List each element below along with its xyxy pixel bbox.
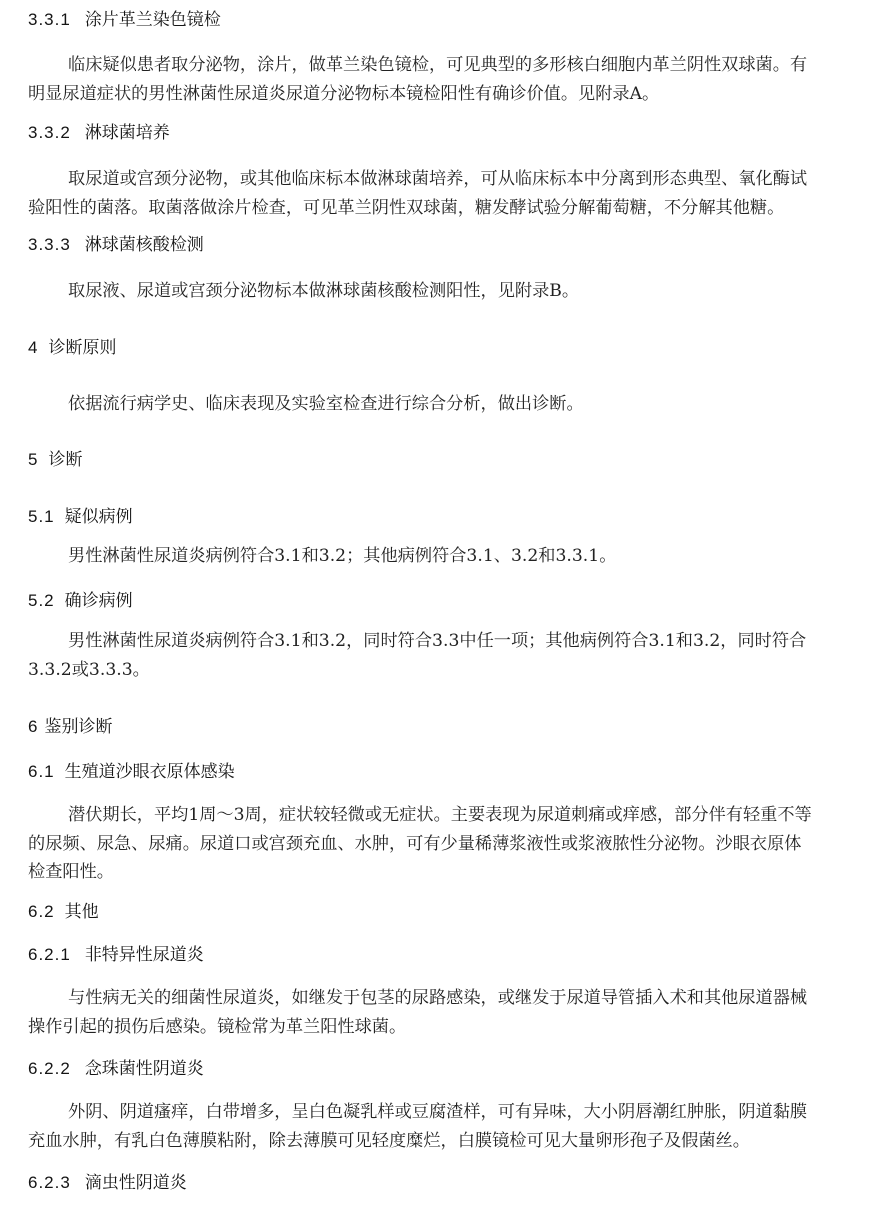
paragraph-3-3-1: 临床疑似患者取分泌物，涂片，做革兰染色镜检，可见典型的多形核白细胞内革兰阴性双球… [28,51,873,108]
section-number: 6.2.3 [28,1172,71,1194]
section-number: 6.1 [28,761,55,783]
section-title: 滴虫性阴道炎 [85,1173,187,1193]
section-title: 鉴别诊断 [44,717,112,737]
heading-3-3-2: 3.3.2淋球菌培养 [28,122,170,144]
paragraph-line: 男性淋菌性尿道炎病例符合3.1和3.2；其他病例符合3.1、3.2和3.3.1。 [28,542,873,571]
heading-6-2-3: 6.2.3滴虫性阴道炎 [28,1172,187,1194]
section-number: 5.1 [28,506,55,528]
heading-4: 4诊断原则 [28,337,116,359]
paragraph-3-3-3: 取尿液、尿道或宫颈分泌物标本做淋球菌核酸检测阳性，见附录B。 [28,277,873,306]
section-number: 6.2.1 [28,944,71,966]
heading-6-2-2: 6.2.2念珠菌性阴道炎 [28,1058,204,1080]
paragraph-line: 操作引起的损伤后感染。镜检常为革兰阳性球菌。 [28,1013,873,1042]
heading-6-1: 6.1生殖道沙眼衣原体感染 [28,761,235,783]
paragraph-line: 潜伏期长，平均1周～3周，症状较轻微或无症状。主要表现为尿道刺痛或痒感，部分伴有… [28,801,873,830]
paragraph-5-1: 男性淋菌性尿道炎病例符合3.1和3.2；其他病例符合3.1、3.2和3.3.1。 [28,542,873,571]
paragraph-line: 明显尿道症状的男性淋菌性尿道炎尿道分泌物标本镜检阳性有确诊价值。见附录A。 [28,80,873,109]
section-title: 淋球菌核酸检测 [85,235,204,255]
paragraph-line: 男性淋菌性尿道炎病例符合3.1和3.2，同时符合3.3中任一项；其他病例符合3.… [28,627,873,656]
paragraph-6-2-2: 外阴、阴道瘙痒，白带增多，呈白色凝乳样或豆腐渣样，可有异味，大小阴唇潮红肿胀，阴… [28,1098,873,1155]
section-title: 生殖道沙眼衣原体感染 [65,762,235,782]
section-title: 诊断原则 [48,338,116,358]
section-number: 4 [28,337,38,359]
heading-3-3-1: 3.3.1涂片革兰染色镜检 [28,9,221,31]
section-title: 念珠菌性阴道炎 [85,1059,204,1079]
section-title: 淋球菌培养 [85,123,170,143]
paragraph-4: 依据流行病学史、临床表现及实验室检查进行综合分析，做出诊断。 [28,390,873,419]
paragraph-line: 取尿道或宫颈分泌物，或其他临床标本做淋球菌培养，可从临床标本中分离到形态典型、氧… [28,165,873,194]
section-title: 非特异性尿道炎 [85,945,204,965]
paragraph-line: 检查阳性。 [28,858,873,887]
section-number: 3.3.3 [28,234,71,256]
section-title: 诊断 [48,450,82,470]
paragraph-line: 取尿液、尿道或宫颈分泌物标本做淋球菌核酸检测阳性，见附录B。 [28,277,873,306]
paragraph-6-2-1: 与性病无关的细菌性尿道炎，如继发于包茎的尿路感染，或继发于尿道导管插入术和其他尿… [28,984,873,1041]
section-title: 涂片革兰染色镜检 [85,10,221,30]
section-title: 疑似病例 [65,507,133,527]
heading-5: 5诊断 [28,449,82,471]
section-number: 5 [28,449,38,471]
section-title: 确诊病例 [65,591,133,611]
section-number: 6.2 [28,901,55,923]
paragraph-3-3-2: 取尿道或宫颈分泌物，或其他临床标本做淋球菌培养，可从临床标本中分离到形态典型、氧… [28,165,873,222]
paragraph-5-2: 男性淋菌性尿道炎病例符合3.1和3.2，同时符合3.3中任一项；其他病例符合3.… [28,627,873,684]
paragraph-line: 的尿频、尿急、尿痛。尿道口或宫颈充血、水肿，可有少量稀薄浆液性或浆液脓性分泌物。… [28,830,873,859]
section-number: 5.2 [28,590,55,612]
section-number: 3.3.2 [28,122,71,144]
heading-5-2: 5.2确诊病例 [28,590,133,612]
heading-6-2: 6.2其他 [28,901,99,923]
section-number: 3.3.1 [28,9,71,31]
section-number: 6 [28,716,38,738]
paragraph-line: 外阴、阴道瘙痒，白带增多，呈白色凝乳样或豆腐渣样，可有异味，大小阴唇潮红肿胀，阴… [28,1098,873,1127]
paragraph-line: 充血水肿，有乳白色薄膜粘附，除去薄膜可见轻度糜烂，白膜镜检可见大量卵形孢子及假菌… [28,1127,873,1156]
section-number: 6.2.2 [28,1058,71,1080]
paragraph-line: 验阳性的菌落。取菌落做涂片检查，可见革兰阴性双球菌，糖发酵试验分解葡萄糖，不分解… [28,194,873,223]
heading-6-2-1: 6.2.1非特异性尿道炎 [28,944,204,966]
paragraph-line: 与性病无关的细菌性尿道炎，如继发于包茎的尿路感染，或继发于尿道导管插入术和其他尿… [28,984,873,1013]
heading-5-1: 5.1疑似病例 [28,506,133,528]
paragraph-line: 临床疑似患者取分泌物，涂片，做革兰染色镜检，可见典型的多形核白细胞内革兰阴性双球… [28,51,873,80]
paragraph-line: 3.3.2或3.3.3。 [28,656,873,685]
heading-6: 6鉴别诊断 [28,716,112,738]
heading-3-3-3: 3.3.3淋球菌核酸检测 [28,234,204,256]
paragraph-6-1: 潜伏期长，平均1周～3周，症状较轻微或无症状。主要表现为尿道刺痛或痒感，部分伴有… [28,801,873,887]
section-title: 其他 [65,902,99,922]
paragraph-line: 依据流行病学史、临床表现及实验室检查进行综合分析，做出诊断。 [28,390,873,419]
